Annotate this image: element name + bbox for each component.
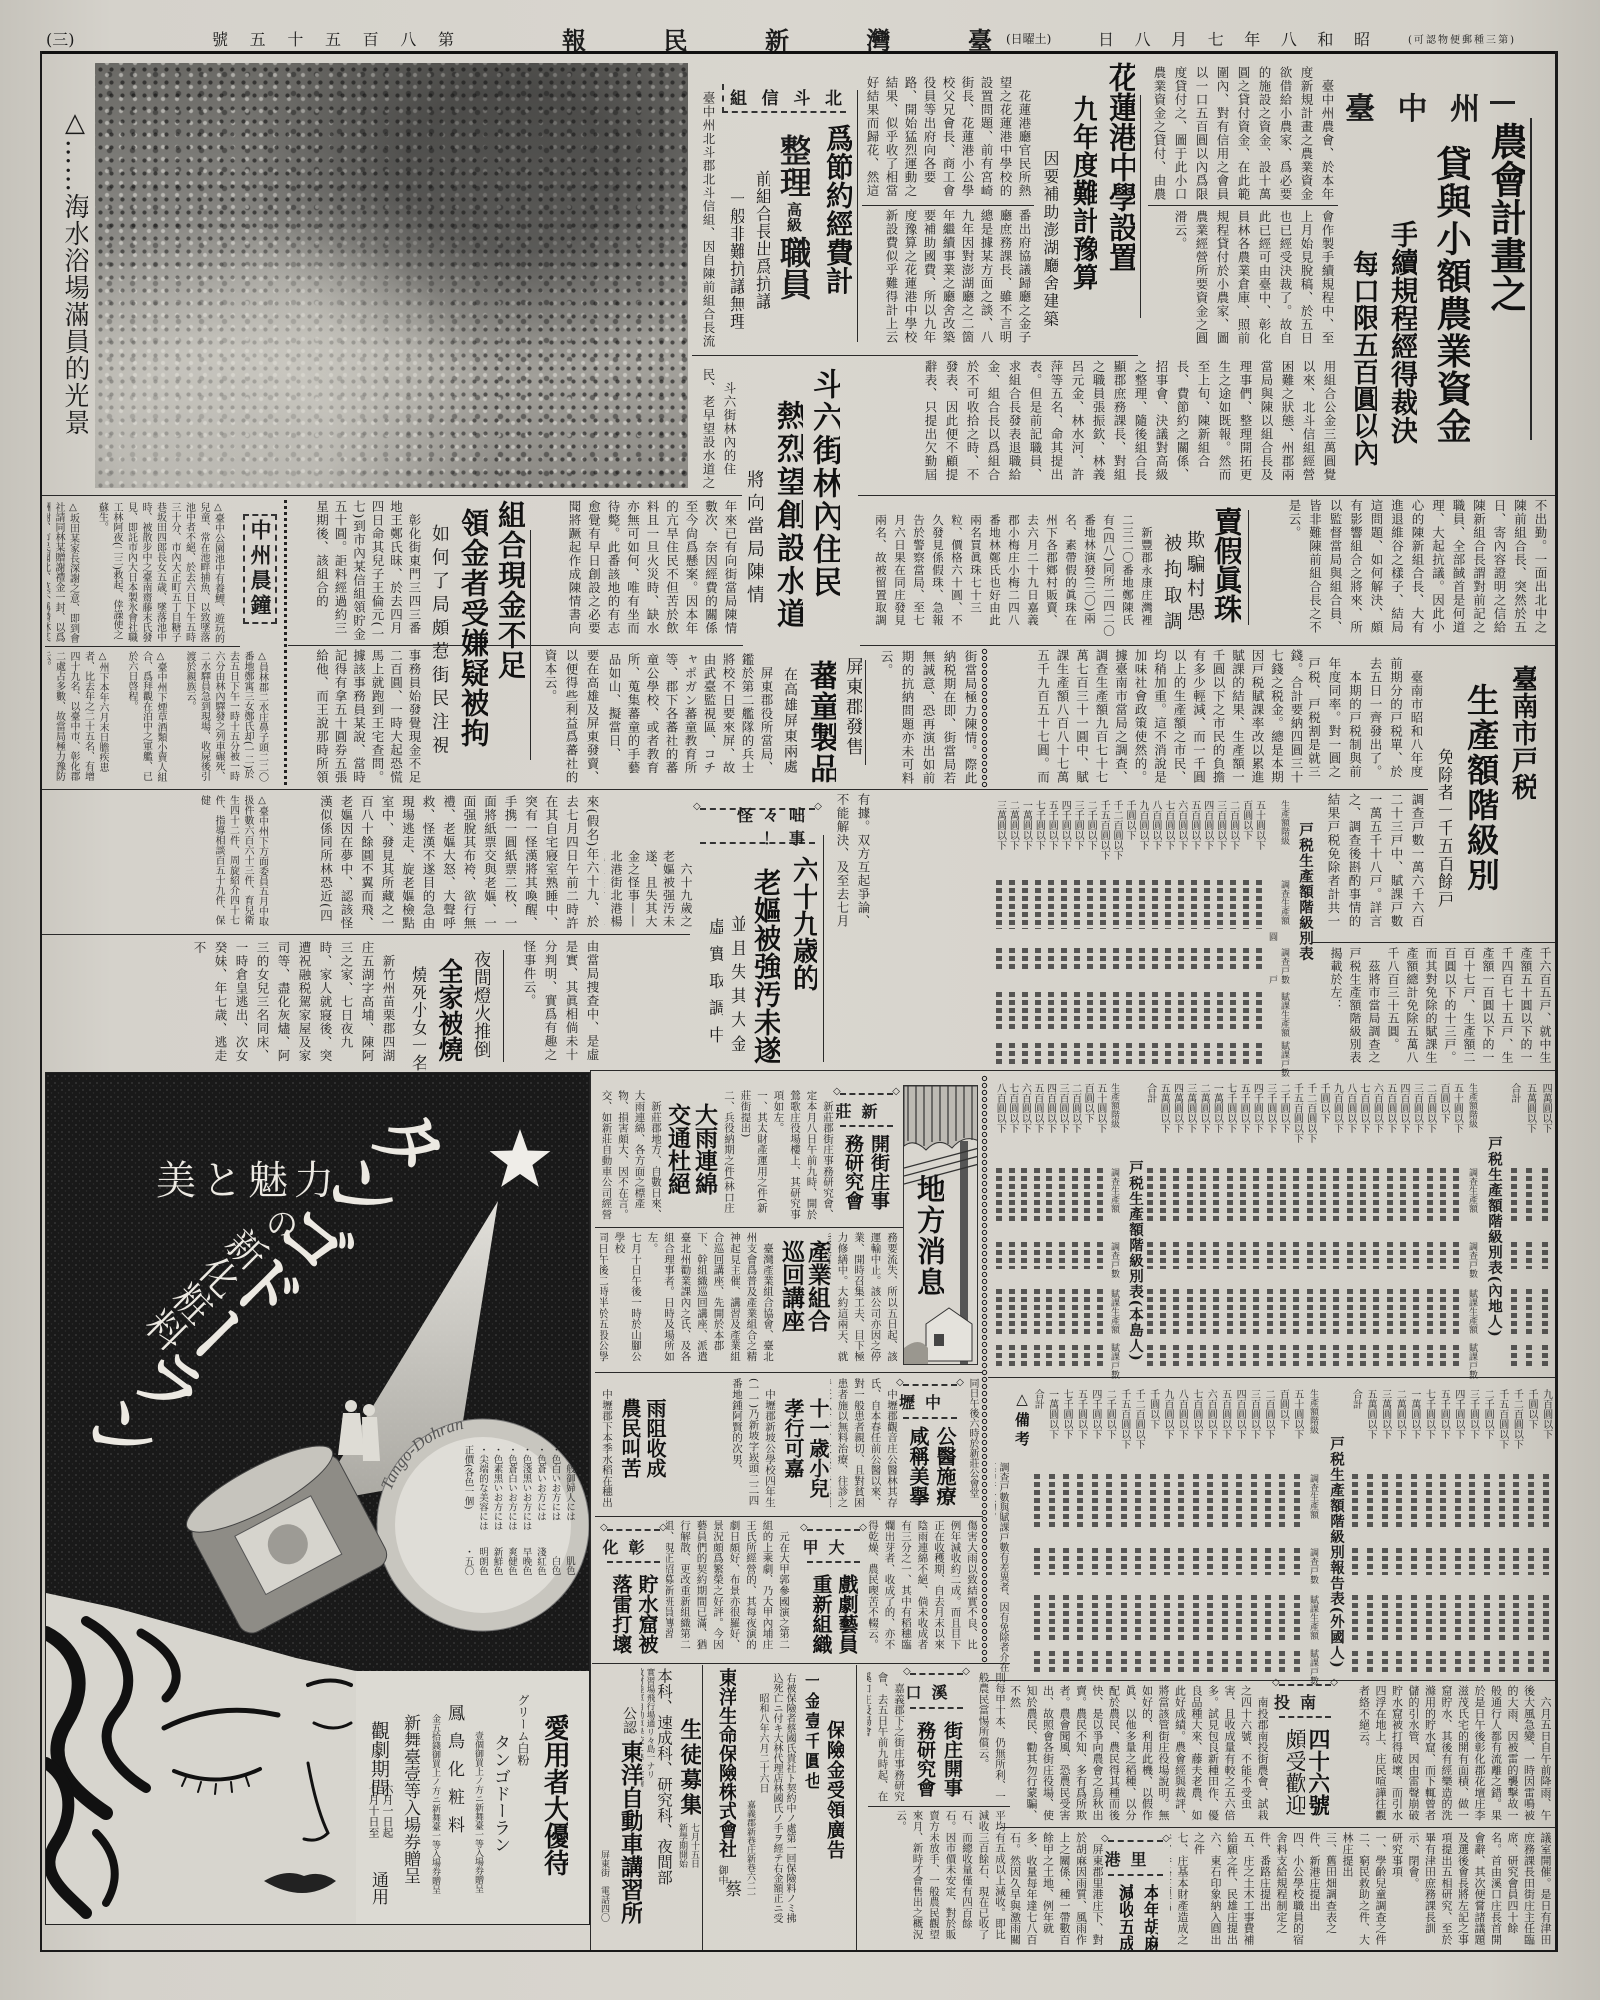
cell-value [1294, 1651, 1300, 1675]
table-note: 調查戸數與賦課戸數有差異者、因有免除者介在其中所致的。 [995, 1462, 1009, 1676]
cell-value [1333, 1168, 1339, 1221]
harvest-headline: 雨阻收成 農民叫苦 [617, 1398, 667, 1498]
row-label: 一萬圓以下 [1020, 800, 1030, 850]
table-row: 二百圓以下 [1423, 1077, 1436, 1372]
cell-value [1207, 1595, 1213, 1639]
cell-value [1265, 1595, 1271, 1639]
news-brief: △臺中州下方面委員五月中取扱件數六百六十三件、育兒衛生四十二件、周旋紹介四十七件… [196, 795, 269, 931]
cell-value [1147, 1168, 1153, 1221]
cell-value [1543, 1651, 1549, 1675]
cell-value [1333, 1289, 1339, 1333]
cell-value [1106, 1651, 1112, 1675]
cell-value [1063, 1651, 1069, 1675]
shade-color: 淺紅色 [533, 1547, 548, 1576]
headline-part: 高級 [785, 198, 803, 236]
fake-pearl-subhead: 欺騙村愚 [1180, 530, 1204, 626]
cell-value [1087, 880, 1093, 929]
insurance-amount: 一金壹千圓也 [797, 1672, 819, 1792]
shoka-headline: 貯水窟被 落雷打壞 [607, 1574, 660, 1658]
table-row: 九百圓以下 [1160, 1383, 1174, 1678]
cell-value [1187, 1242, 1193, 1269]
taichu-subhead: 手續規程經得裁決 [1384, 220, 1417, 444]
divider [595, 1227, 903, 1228]
cell-value [1147, 1345, 1153, 1369]
column-header: 賦課戸數 [1109, 1343, 1118, 1379]
tainan-subhead: 免除者一千五百餘戸 [1431, 748, 1452, 908]
column-header: 調查生產額 [1109, 1168, 1118, 1213]
shade-item: ・一般御婦人には肌色 [562, 1445, 577, 1575]
cell-value [1034, 1345, 1040, 1369]
cell-value [1034, 1289, 1040, 1333]
row-label: 七百圓以下 [1007, 1083, 1017, 1133]
cell-value [1035, 992, 1041, 1033]
cell-value [1126, 948, 1132, 973]
cell-value [1265, 1548, 1271, 1575]
cell-value [1097, 1289, 1103, 1333]
lecture-headline: 產業組合 巡回講座 [778, 1240, 830, 1358]
cell-value [1147, 1289, 1153, 1333]
cell-value [1152, 880, 1158, 929]
cell-value [1382, 1595, 1388, 1639]
keiko-body-continued: 議室開催。是日有津田庶務課長田街庄主任臨席、研究會員四十餘名。首由溪口庄長首開會… [1170, 1832, 1553, 1948]
table-row: 千五百圓以下 [1097, 795, 1110, 1068]
column-header: 調查戸數 [1308, 1548, 1317, 1584]
cell-value [1251, 1595, 1257, 1639]
cell-value [1009, 1289, 1015, 1333]
pingtung-body: 屏東郡役所當局、鑑於第二艦隊的兵士將校不日要來屏、故由武臺監視區、コチャポガン蕃… [604, 653, 776, 787]
cell-value [1059, 1345, 1065, 1369]
school-certified: 公認 [619, 1706, 639, 1734]
row-label: 一萬圓以下 [1211, 1083, 1221, 1133]
cell-value [1526, 1345, 1532, 1369]
cell-value [1253, 1289, 1259, 1333]
cell-value [1035, 1043, 1041, 1065]
cell-value [1387, 1345, 1393, 1369]
table-row: 千圓以下 [1524, 1383, 1539, 1678]
karenko-headline: 花蓮港中學設置 [1099, 62, 1135, 272]
row-label: 六百圓以下 [1019, 1083, 1029, 1133]
divider [590, 1070, 591, 1950]
cell-value [1320, 1345, 1326, 1369]
divider [530, 530, 531, 760]
table-rows: 五十圓以下百圓以下二百圓以下三百圓以下四百圓以下五百圓以下六百圓以下七百圓以下八… [1030, 1383, 1304, 1678]
cell-value [1528, 1548, 1534, 1575]
column-header: 生產額階級 [1109, 1083, 1118, 1128]
cell-value [1021, 1242, 1027, 1269]
insurance-date: 昭和八年六月二十六日 [756, 1693, 769, 1793]
row-label: 四萬圓以下 [1540, 1083, 1550, 1133]
cell-value [1347, 1345, 1353, 1369]
cell-value [1022, 992, 1028, 1033]
table-row: 二千圓以下 [1084, 795, 1097, 1068]
cell-value [1191, 992, 1197, 1033]
divider [503, 950, 504, 1062]
cell-value [1307, 1242, 1313, 1269]
table-row: 三百圓以下 [1213, 795, 1226, 1068]
tainan-body: 臺南市昭和八年度前期分的戸税單、於去五日一齊發出了。 本期的戸税制與前年度同率。… [1300, 657, 1426, 784]
douliu-body: 斗六街林內的住民、老早望設水道之聲頗高、 [698, 368, 740, 493]
cell-value [1347, 1289, 1353, 1333]
cell-value [1453, 1289, 1459, 1333]
tax-table-gaikoku: 戸税生產額階級別報告表(外國人) 生產額階級 調查生產額 調查戸數 賦課生產額 … [1030, 1383, 1346, 1678]
cell-value [1382, 1474, 1388, 1527]
rikou-subhead: 減收五成 [1109, 1884, 1133, 1950]
table-row: 一萬圓以下 [1044, 1383, 1058, 1678]
taichu-body: 臺中州農會、於本年度新規計畫之農業資金欲借給小農家、爲必要的施設之資金、設十萬圓… [1148, 66, 1338, 203]
cell-value [1061, 880, 1067, 929]
cell-value [1426, 1548, 1432, 1575]
taichu-body: 會作製手續規程中、至上月始見脫稿、於五日也已經受決裁了。故自此已經可由臺中、彰化… [1160, 210, 1338, 350]
row-label: 五十圓以下 [1451, 1083, 1461, 1133]
cell-value [1074, 992, 1080, 1033]
cell-value [1499, 1651, 1505, 1675]
kicker-dash [1490, 101, 1515, 104]
table-row: 四萬圓以下 [1170, 1077, 1183, 1372]
row-label: 二百圓以下 [1228, 800, 1238, 850]
cell-value [1236, 1548, 1242, 1575]
cell-value [1413, 1289, 1419, 1333]
cell-value [1106, 1595, 1112, 1639]
taichu-headline-2: 貸與小額農業資金 [1428, 145, 1470, 445]
cell-value [1240, 1168, 1246, 1221]
table-row: 二萬圓以下 [1392, 1383, 1407, 1678]
table-row: 五萬圓以下 [1156, 1077, 1169, 1372]
shade-color: 肌色 [562, 1556, 577, 1575]
cell-value [1009, 1168, 1015, 1221]
promo-product-2-note: 金五拾錢御買上ノ方ニ新舞臺一等入場券贈呈 [430, 1714, 442, 1894]
chushu-bell-title: 中州晨鐘 [243, 514, 277, 624]
cell-value [1227, 1345, 1233, 1369]
douliu-headline-2: 熱烈望創設水道 [767, 400, 803, 631]
table-row: 三萬圓以下 [1377, 1383, 1392, 1678]
cell-value [1074, 880, 1080, 929]
cell-value [1097, 1345, 1103, 1369]
row-label: 五千圓以下 [1046, 800, 1056, 850]
table-row: 二萬圓以下 [1006, 795, 1019, 1068]
divider [42, 934, 690, 935]
cell-value [1191, 880, 1197, 929]
unit-label: 圓 [1267, 932, 1276, 941]
cell-value [1511, 1345, 1517, 1369]
row-label: 五百圓以下 [1220, 1389, 1230, 1439]
cell-value [1059, 1168, 1065, 1221]
row-label: 二千圓以下 [1482, 1389, 1492, 1439]
column-header: 調查生產額 [1467, 1168, 1476, 1213]
nantou-subhead: 頗受歡迎 [1279, 1728, 1305, 1816]
cell-value [1193, 1595, 1199, 1639]
divider [856, 1665, 857, 1950]
tango-doran-ad: Tango-Dohran 美と魅力 の 新化粧料 タンゴドーラン ・一般御婦人に… [45, 1072, 590, 1925]
cell-value [1400, 1168, 1406, 1221]
cell-value [1411, 1651, 1417, 1675]
cell-value [1150, 1595, 1156, 1639]
hokuto-subhead: 一般非難抗議無理 [722, 190, 744, 330]
cell-value [1253, 1168, 1259, 1221]
divider [45, 646, 240, 647]
cell-value [1499, 1548, 1505, 1575]
lecture-body-end: 同日午後六時於新莊公會堂 [962, 1378, 980, 1510]
kumiai-headline-2: 領金者受嫌疑被拘 [453, 508, 488, 748]
keiko-body: 嘉義郡下之街庄事務研究會、去五日午前九時起、在溪口庄役場會 [867, 1672, 907, 1804]
pingtung-kicker: 屏東郡發售 [840, 657, 862, 757]
cell-value [1528, 1474, 1534, 1527]
table-title: 戸税生產額階級別報告表(外國人) [1329, 1436, 1344, 1669]
column-header: 賦課生產額 [1109, 1289, 1118, 1334]
tax-table-naichi: 戸税生產額階級別表(內地人) 生產額階級 調查生產額 調查戸數 賦課生產額 賦課… [1143, 1077, 1503, 1372]
cell-value [1455, 1595, 1461, 1639]
cell-value [1253, 1345, 1259, 1369]
kumiai-body-continued: 有據。双方互起爭論、不能解決、及至去七月 [828, 793, 874, 929]
cell-value [1173, 1289, 1179, 1333]
cell-value [1440, 1548, 1446, 1575]
cell-value [1511, 1168, 1517, 1221]
page-number: (三) [46, 27, 75, 50]
promo-period-to: 七月十日至 [368, 1783, 381, 1838]
shade-list: ・一般御婦人には肌色・色白いお方には白色・色蒼いお方には淺紅色・色淺黑いお方には… [456, 1445, 576, 1575]
table-row: 九百圓以下 [1135, 795, 1148, 1068]
cell-value [1204, 1043, 1210, 1065]
row-label: 千二百圓以下 [1305, 1083, 1315, 1143]
cell-value [1267, 1345, 1273, 1369]
cell-value [1222, 1595, 1228, 1639]
row-label: 二萬圓以下 [1007, 800, 1017, 850]
table-note-label: △備考 [1010, 1390, 1029, 1450]
old-woman-tag: 咄々怪事！ [700, 808, 815, 844]
cell-value [1160, 1242, 1166, 1269]
divider [595, 1516, 983, 1517]
frame-bottom [40, 1950, 1558, 1952]
table-row: 五百圓以下 [1187, 795, 1200, 1068]
cell-value [1034, 1474, 1040, 1527]
school-detail: 實習場飛行場通リ々島一ナリ 教材陸軍自動車學校ニ準シ完備 [641, 1668, 655, 1948]
cell-value [1411, 1595, 1417, 1639]
row-label: 三百圓以下 [1411, 1083, 1421, 1133]
cell-value [1178, 1043, 1184, 1065]
column-header: 調查戸數 [1467, 1242, 1476, 1278]
cell-value [1240, 1289, 1246, 1333]
cell-value [1150, 1651, 1156, 1675]
cell-value [1267, 1242, 1273, 1269]
cell-value [996, 1168, 1002, 1221]
divider [702, 1665, 703, 1950]
keiko-headline: 街庄開事 務研究會 [909, 1721, 965, 1803]
cell-value [1200, 1345, 1206, 1369]
cell-value [1049, 1595, 1055, 1639]
cell-value [1256, 992, 1262, 1033]
cell-value [1063, 1474, 1069, 1527]
masthead-rule [40, 51, 1558, 54]
tainan-body-continued: 千六百五戸、就中生產額五十圓以下的一千四百七十五戸、生產額一百圓以下的一百十七戸… [1314, 947, 1554, 1068]
karenko-headline-2: 九年度難計豫算 [1064, 95, 1097, 291]
cell-value [1294, 1548, 1300, 1575]
cell-value [1382, 1548, 1388, 1575]
cell-value [1204, 992, 1210, 1033]
divider [857, 90, 858, 342]
cell-value [1367, 1548, 1373, 1575]
cell-value [1087, 1043, 1093, 1065]
cell-value [1279, 1651, 1285, 1675]
row-label: 千五百圓以下 [1098, 800, 1108, 860]
cell-value [1222, 1651, 1228, 1675]
table-row: 五十圓以下 [1252, 795, 1265, 1068]
cell-value [1173, 1345, 1179, 1369]
cell-value [1513, 1595, 1519, 1639]
old-woman-headline: 六十九歳的 [785, 856, 817, 991]
table-row: 五千圓以下 [1436, 1383, 1451, 1678]
table-row: 六百圓以下 [1174, 795, 1187, 1068]
column-header: 賦課戸數 [1279, 1041, 1288, 1077]
promo-period-from: 六月一日起 [382, 1783, 395, 1838]
row-label: 三百圓以下 [1249, 1389, 1259, 1439]
cell-value [1293, 1345, 1299, 1369]
cell-value [1059, 1289, 1065, 1333]
cell-value [1222, 1548, 1228, 1575]
cell-value [1207, 1474, 1213, 1527]
cell-value [1048, 880, 1054, 929]
cell-value [1072, 1168, 1078, 1221]
promo-title: 愛用者大優待 [536, 1714, 568, 1876]
cell-value [1072, 1289, 1078, 1333]
row-label: 五萬圓以下 [1365, 1389, 1375, 1439]
cell-value [1022, 948, 1028, 973]
region-tag-shinso: 新莊 [840, 1093, 893, 1127]
cell-value [1049, 1474, 1055, 1527]
cell-value [1293, 1168, 1299, 1221]
table-row: 千二百圓以下 [1131, 1383, 1145, 1678]
cell-value [1164, 1595, 1170, 1639]
cell-value [1217, 948, 1223, 973]
douliu-headline: 斗六街林內住民 [803, 368, 840, 599]
row-label: 五萬圓以下 [1524, 1083, 1534, 1133]
cell-value [1413, 1242, 1419, 1269]
cell-value [1513, 1474, 1519, 1527]
taichu-headline: 農會計畫之 [1481, 122, 1525, 312]
promo-product: タンゴドーラン [492, 1734, 513, 1853]
cell-value [1396, 1548, 1402, 1575]
table-row: 五千圓以下 [1073, 1383, 1087, 1678]
row-label: 二千圓以下 [1278, 1083, 1288, 1133]
cell-value [1352, 1548, 1358, 1575]
cell-value [1193, 1548, 1199, 1575]
column-header: 生產額階級 [1279, 800, 1288, 845]
hokuto-subhead: 前組合長出爲抗議 [748, 170, 770, 310]
insurance-company-suffix: 御中 [715, 1865, 729, 1885]
cell-value [1307, 1289, 1313, 1333]
cell-value [1453, 1242, 1459, 1269]
cell-value [1191, 948, 1197, 973]
tax-table-total-continued: 四萬圓以下五萬圓以下合計 [1506, 1077, 1553, 1372]
cell-value [1160, 1168, 1166, 1221]
cell-value [1542, 1289, 1548, 1333]
cell-value [1147, 1242, 1153, 1269]
row-label: 四百圓以下 [1398, 1083, 1408, 1133]
row-label: 合計 [1032, 1389, 1042, 1409]
cell-value [1453, 1168, 1459, 1221]
cell-value [1352, 1651, 1358, 1675]
cell-value [1084, 1168, 1090, 1221]
row-label: 五千圓以下 [1238, 1083, 1248, 1133]
cell-value [1187, 1345, 1193, 1369]
cell-value [1021, 1289, 1027, 1333]
table-row: 四百圓以下 [1396, 1077, 1409, 1372]
cell-value [1204, 880, 1210, 929]
tax-protest-body: 街當局極力陳情。際此納税期在即、街當局若無誠意、恐再演出如前期的抗納問題亦未可料… [873, 650, 981, 786]
divider [823, 835, 824, 1062]
region-name: 里港 [1104, 1847, 1156, 1870]
ornamental-divider [981, 1075, 988, 1663]
cell-value [1046, 1289, 1052, 1333]
cell-value [1440, 1168, 1446, 1221]
row-label: 千二百圓以下 [1511, 1389, 1521, 1449]
table-row: 千五百圓以下 [1290, 1077, 1303, 1372]
shade-color: 早晚色 [518, 1547, 533, 1576]
cell-value [1484, 1651, 1490, 1675]
cell-value [1113, 992, 1119, 1033]
table-row: 三千圓以下 [1071, 795, 1084, 1068]
issue-date: 昭和八年七月八日 [1098, 27, 1370, 50]
cell-value [1347, 1168, 1353, 1221]
cell-value [1059, 1242, 1065, 1269]
rain-tail-body: 則每甲十本、仍無所利、一般農民當惕所償云。 [975, 1672, 1008, 1804]
hokuto-body: 臺中州北斗郡北斗信組、因自陳前組合長流 [697, 78, 719, 350]
shade-color: 明朗色 [475, 1547, 490, 1576]
row-label: 五百圓以下 [1385, 1083, 1395, 1133]
row-label: 五百圓以下 [1032, 1083, 1042, 1133]
shade-item: ・色蒼白いお方には爽健色 [504, 1445, 519, 1575]
cell-value [1256, 1043, 1262, 1065]
cell-value [1217, 992, 1223, 1033]
table-row: 三百圓以下 [1056, 1077, 1069, 1372]
cell-value [1426, 1474, 1432, 1527]
tainan-headline: 臺南市戸税 [1504, 665, 1536, 800]
shade-item: ・色白いお方には白色 [547, 1445, 562, 1575]
table-row: 一萬圓以下 [1019, 795, 1032, 1068]
cell-value [1084, 1345, 1090, 1369]
news-brief: △臺中公園池中有養鯉、遊玩的兒童、常在池畔捕魚、以致墜落池中者不絕、於去六日下午… [94, 502, 225, 643]
table-header: 生產額階級 調查生產額 圓 調查戸數 戸 賦課生產額 賦課戸數 [1279, 795, 1291, 1068]
cell-value [1200, 1242, 1206, 1269]
table-row: 三千圓以下 [1465, 1383, 1480, 1678]
cell-value [1400, 1345, 1406, 1369]
cell-value [1178, 1595, 1184, 1639]
cell-value [1072, 1345, 1078, 1369]
harvest-body: 中壢郡下本季水稻在穗出期 [596, 1378, 615, 1512]
cell-value [1152, 948, 1158, 973]
cell-value [1187, 1289, 1193, 1333]
table-row: 六百圓以下 [1203, 1383, 1217, 1678]
table-row: 二千圓以下 [1102, 1383, 1116, 1678]
cell-value [1178, 948, 1184, 973]
table-row: 一萬圓以下 [1210, 1077, 1223, 1372]
cell-value [1360, 1168, 1366, 1221]
table-row: 千二百圓以下 [1110, 795, 1123, 1068]
tax-table-hontou-continued: 九百圓以下千圓以下千二百圓以下千五百圓以下二千圓以下三千圓以下四千圓以下五千圓以… [1348, 1383, 1553, 1678]
cell-value [1251, 1651, 1257, 1675]
column-header: 賦課生產額 [1308, 1595, 1317, 1640]
cell-value [1165, 1043, 1171, 1065]
cell-value [1092, 1595, 1098, 1639]
hokuto-headline: 爲節約經費計 [818, 124, 852, 295]
cell-value [1360, 1289, 1366, 1333]
cell-value [1367, 1474, 1373, 1527]
cell-value [1092, 1548, 1098, 1575]
cell-value [1484, 1474, 1490, 1527]
cell-value [1243, 992, 1249, 1033]
divider [865, 660, 866, 765]
table-row: 三千圓以下 [1263, 1077, 1276, 1372]
news-brief: △臺中州下煙草酒類小賣人組合、爲拜觀在泊中之軍艦、已於六日啓程。 [124, 651, 168, 787]
cell-value [1152, 1043, 1158, 1065]
